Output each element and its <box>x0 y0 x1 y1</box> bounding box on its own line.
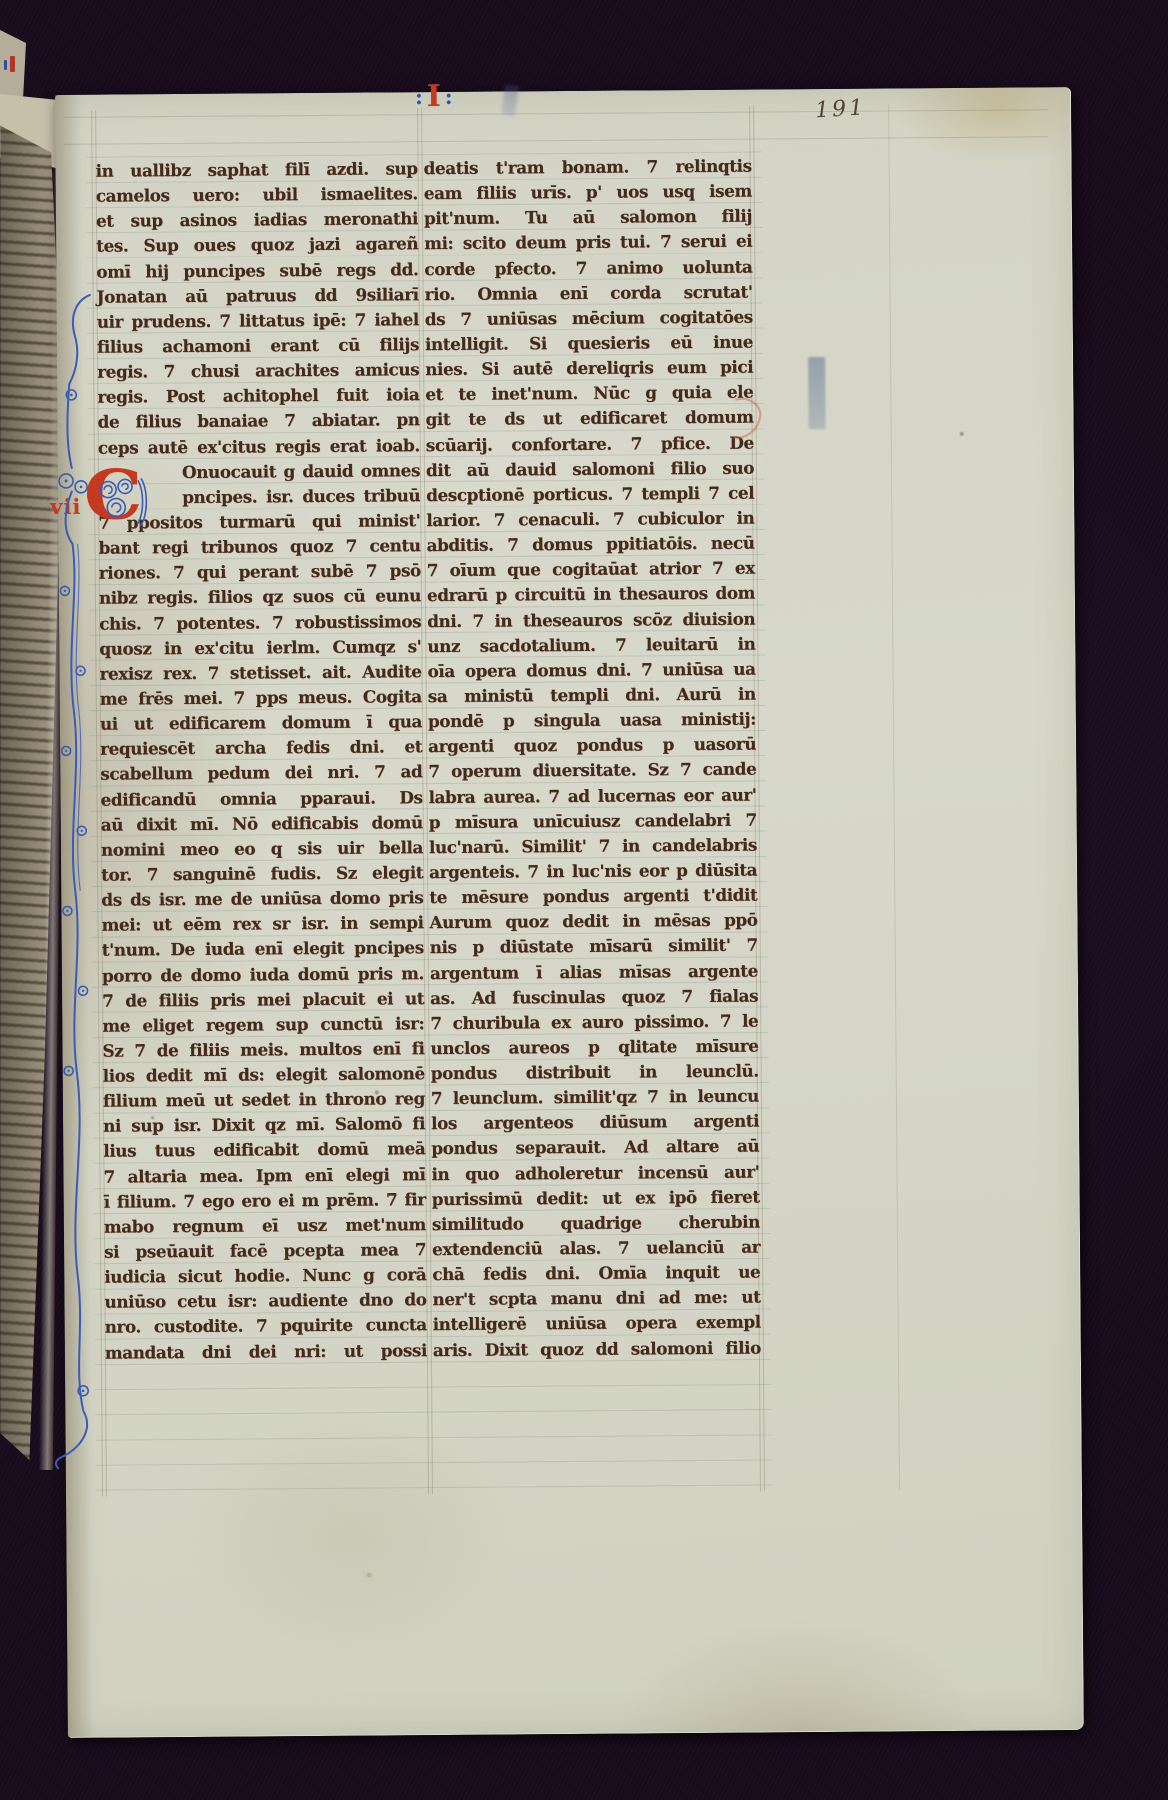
text-line: scabellum pedum dei nri. 7 ad <box>100 760 422 788</box>
header-pen-dots-icon: : <box>415 87 423 107</box>
penwork-flourish-icon <box>45 291 124 1477</box>
text-line: chā fedis dni. Omīa inquit ue <box>432 1260 760 1288</box>
edge-pen-mark-icon <box>4 60 7 70</box>
margin-rule <box>888 104 900 1490</box>
text-line: rio. Omnia enī corda scrutat' <box>424 279 752 307</box>
text-line: t'num. De iuda enī elegit pncipes <box>102 935 424 963</box>
text-line: de filius banaiae 7 abiatar. pn <box>97 408 419 436</box>
text-line: te mēsure pondus argenti t'didit <box>429 883 757 911</box>
text-line: oīa opera domus dni. 7 uniūsa ua <box>427 656 755 684</box>
text-line: pondē p singula uasa ministij: <box>428 707 756 735</box>
folio-number: 191 <box>814 95 866 123</box>
text-line: unz sacdotalium. 7 leuitarū in <box>427 631 755 659</box>
text-line: 7 churibula ex auro pissimo. 7 le <box>430 1008 758 1036</box>
text-line: nibz regis. filios qz suos cū eunu <box>99 584 421 612</box>
text-line: unclos aureos p qlitate mīsure <box>430 1033 758 1061</box>
text-line: labra aurea. 7 ad lucernas eor aur' <box>428 782 756 810</box>
text-line: argenteis. 7 in luc'nis eor p diūsita <box>429 857 757 885</box>
text-line: purissimū dedit: ut ex ipō fieret <box>432 1184 760 1212</box>
text-line: 7 altaria mea. Ipm enī elegi mī <box>103 1162 425 1190</box>
text-line: aris. Dixit quoz dd salomoni filio <box>433 1335 761 1363</box>
text-line: ds 7 uniūsas mēcium cogitatōes <box>425 304 753 332</box>
foxing-speck <box>960 432 964 436</box>
text-line: eam filiis urīs. p' uos usq isem <box>424 179 752 207</box>
text-column-right: deatis t'ram bonam. 7 relinqtiseam filii… <box>423 154 761 1369</box>
edge-rubric-mark-icon <box>10 56 15 72</box>
text-line: aū dixit mī. Nō edificabis domū <box>101 810 423 838</box>
text-line: mabo regnum eī usz met'num <box>104 1212 426 1240</box>
text-line: deatis t'ram bonam. 7 relinqtis <box>423 154 751 182</box>
running-header: : I : <box>415 82 453 112</box>
text-line: 7 operum diuersitate. Sz 7 cande <box>428 757 756 785</box>
text-line: ner't scpta manu dni ad me: ut <box>432 1285 760 1313</box>
text-column-left: in uallibz saphat filī azdi. supcamelos … <box>96 156 428 1370</box>
running-header-numeral: I <box>427 82 441 112</box>
text-line: edrarū p circuitū in thesauros dom <box>427 581 755 609</box>
text-line: uniūso cetu isr: audiente dno do <box>104 1287 426 1315</box>
text-line: luc'narū. Similit' 7 in candelabris <box>429 832 757 860</box>
text-line: in quo adholeretur incensū aur' <box>431 1159 759 1187</box>
text-line: si pseūauit facē pcepta mea 7 <box>104 1237 426 1265</box>
text-line: extendenciū alas. 7 uelanciū ar <box>432 1235 760 1263</box>
text-line: quosz in ex'citu ierlm. Cumqz s' <box>99 634 421 662</box>
text-line: Jonatan aū patruus dd 9siliarī <box>96 282 418 310</box>
text-line: camelos uero: ubil ismaelites. <box>96 181 418 209</box>
foxing-speck <box>375 1090 379 1094</box>
text-line: tor. 7 sanguinē fudis. Sz elegit <box>101 860 423 888</box>
text-line: nro. custodite. 7 pquirite cuncta <box>105 1313 427 1341</box>
text-line: sa ministū templi dni. Aurū in <box>428 681 756 709</box>
text-line: lios dedit mī ds: elegit salomonē <box>103 1061 425 1089</box>
text-line: ceps autē ex'citus regis erat ioab. <box>98 433 420 461</box>
text-line: uir prudens. 7 littatus ipē: 7 iahel <box>97 307 419 335</box>
text-line: regis. Post achitophel fuit ioia <box>97 382 419 410</box>
text-line: nis p diūstate mīsarū similit' 7 <box>430 933 758 961</box>
text-line: lius tuus edificabit domū meā <box>103 1137 425 1165</box>
text-line: nies. Si autē dereliqris eum pici <box>425 355 753 383</box>
text-line: descptionē porticus. 7 templi 7 cel <box>426 480 754 508</box>
foxing-speck <box>151 1116 154 1119</box>
text-line: me eliget regem sup cunctū isr: <box>102 1011 424 1039</box>
text-line: in uallibz saphat filī azdi. sup <box>96 156 418 184</box>
text-line: omī hij puncipes subē regs dd. <box>96 257 418 285</box>
text-line: et sup asinos iadias meronathi <box>96 206 418 234</box>
text-line: tes. Sup oues quoz jazi agareñ <box>96 232 418 260</box>
text-line: abditis. 7 domus ppitiatōis. necū <box>426 531 754 559</box>
text-line: bant regi tribunos quoz 7 centu <box>98 533 420 561</box>
text-line: rexisz rex. 7 stetisset. ait. Audite <box>99 659 421 687</box>
text-line: larior. 7 cenaculi. 7 cubiculor in <box>426 505 754 533</box>
manuscript-page: 191 : I : in uallibz saphat filī azdi. s… <box>55 87 1084 1738</box>
text-line: git te ds ut edificaret domum <box>425 405 753 433</box>
text-line: similitudo quadrige cherubin <box>432 1209 760 1237</box>
text-line: pondus separauit. Ad altare aū <box>431 1134 759 1162</box>
text-line: corde pfecto. 7 animo uolunta <box>424 254 752 282</box>
text-line: pondus distribuit in leunclū. <box>431 1059 759 1087</box>
text-line: ui ut edificarem domum ī qua <box>100 709 422 737</box>
text-line: scūarij. confortare. 7 pfice. De <box>426 430 754 458</box>
text-line: intelligit. Si quesieris eū inue <box>425 330 753 358</box>
text-line: mandata dni dei nri: ut possi <box>105 1338 427 1366</box>
text-line: dni. 7 in theseauros scōz diuision <box>427 606 755 634</box>
header-pen-dots-icon: : <box>445 87 453 107</box>
text-line: ds ds isr. me de uniūsa domo pris <box>101 885 423 913</box>
text-line: nomini meo eo q sis uir bella <box>101 835 423 863</box>
text-line: chis. 7 potentes. 7 robustissimos <box>99 609 421 637</box>
text-line: p mīsura unīcuiusz candelabri 7 <box>429 807 757 835</box>
text-line: mei: ut eēm rex sr isr. in sempi <box>101 910 423 938</box>
text-line: los argenteos diūsum argenti <box>431 1109 759 1137</box>
text-line: me frēs mei. 7 pps meus. Cogita <box>100 684 422 712</box>
text-line: dit aū dauid salomoni filio suo <box>426 455 754 483</box>
text-line: porro de domo iuda domū pris m. <box>102 961 424 989</box>
text-line: 7 de filiis pris mei placuit ei ut <box>102 986 424 1014</box>
text-line: riones. 7 qui perant subē 7 psō <box>99 558 421 586</box>
text-line: filius achamoni erant cū filijs <box>97 332 419 360</box>
text-line: 7 oīum que cogitaūat atrior 7 ex <box>427 556 755 584</box>
page-edge-tab <box>0 30 26 102</box>
text-line: et te inet'num. Nūc g quia ele <box>425 380 753 408</box>
foxing-speck <box>579 341 582 344</box>
text-line: edificandū omnia pparaui. Ds <box>100 785 422 813</box>
red-margin-squiggle-icon <box>729 393 769 445</box>
text-line: regis. 7 chusi arachites amicus <box>97 357 419 385</box>
blue-margin-smudge <box>808 357 826 429</box>
foxing-speck <box>367 1573 372 1578</box>
text-line: argenti quoz pondus p uasorū <box>428 732 756 760</box>
text-line: pit'num. Tu aū salomon filij <box>424 204 752 232</box>
text-line: Aurum quoz dedit in mēsas ppō <box>429 908 757 936</box>
text-line: intelligerē uniūsa opera exempl <box>433 1310 761 1338</box>
photo-backdrop: 191 : I : in uallibz saphat filī azdi. s… <box>0 0 1168 1800</box>
text-line: ī filium. 7 ego ero ei m prēm. 7 fir <box>104 1187 426 1215</box>
text-line: Sz 7 de filiis meis. multos enī fi <box>102 1036 424 1064</box>
text-line: as. Ad fuscinulas quoz 7 fialas <box>430 983 758 1011</box>
text-line: 7 leunclum. similit'qz 7 in leuncu <box>431 1084 759 1112</box>
text-line: mi: scito deum pris tui. 7 serui ei <box>424 229 752 257</box>
text-line: requiescēt archa fedis dni. et <box>100 734 422 762</box>
text-line: argentum ī alias mīsas argente <box>430 958 758 986</box>
text-line: iudicia sicut hodie. Nunc g corā <box>104 1262 426 1290</box>
